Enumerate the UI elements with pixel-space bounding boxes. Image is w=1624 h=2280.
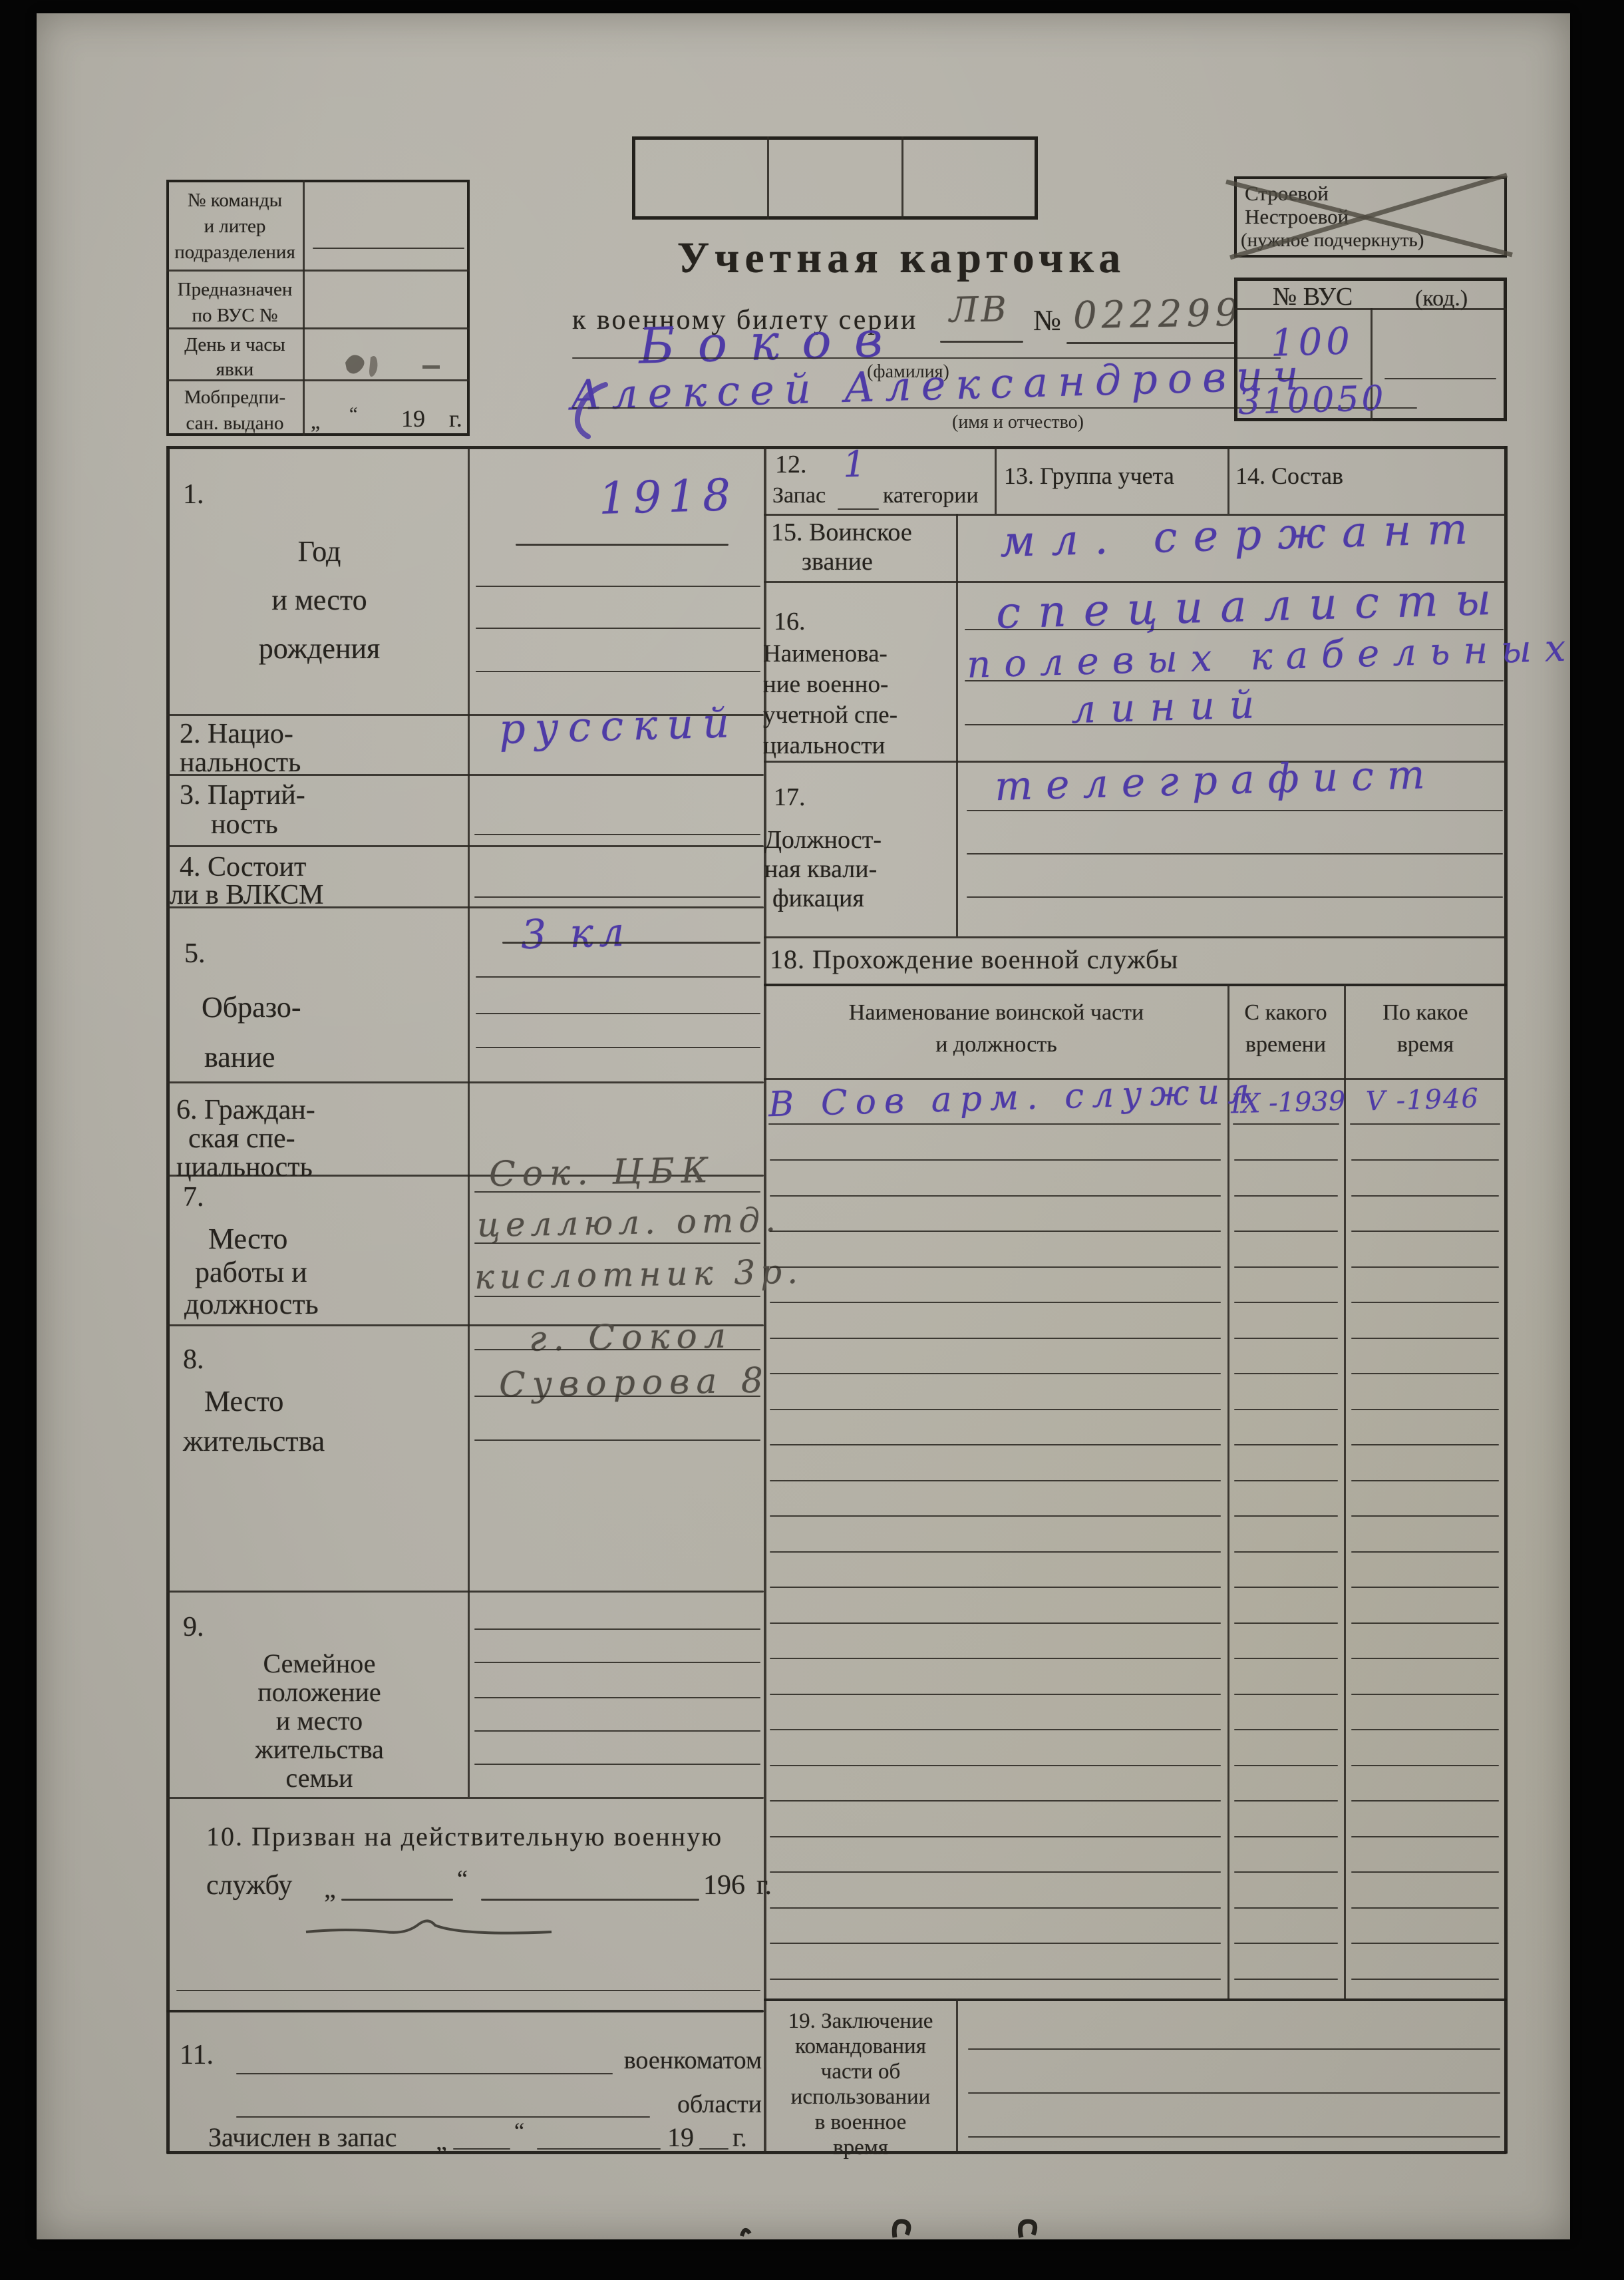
table-ruled-line [770, 1658, 1221, 1659]
table-ruled-line [770, 1836, 1221, 1837]
table-ruled-line [1234, 1943, 1338, 1944]
table-ruled-line [1351, 1658, 1499, 1659]
table-ruled-line [1351, 1302, 1499, 1303]
table-ruled-line [770, 1800, 1221, 1802]
table-ruled-line [1234, 1658, 1338, 1659]
table-ruled-line [1351, 1622, 1499, 1624]
table-ruled-line [770, 1373, 1221, 1374]
section19-label: 19. Заключение командования части об исп… [765, 2008, 956, 2160]
table-ruled-line [770, 1622, 1221, 1624]
right-label-divider [956, 1998, 958, 2151]
table-ruled-line [770, 1302, 1221, 1303]
table-ruled-line [1234, 1871, 1338, 1873]
table-ruled-line [770, 1338, 1221, 1339]
table-ruled-line [770, 1444, 1221, 1445]
table-ruled-line [1234, 1409, 1338, 1410]
table-ruled-line [1351, 1515, 1499, 1517]
blank-line [968, 2092, 1500, 2094]
table-ruled-line [1234, 1551, 1338, 1553]
table-ruled-line [770, 1231, 1221, 1232]
table-ruled-line [770, 1551, 1221, 1553]
table-ruled-line [1234, 1622, 1338, 1624]
table-ruled-line [1234, 1195, 1338, 1197]
table-ruled-line [770, 1587, 1221, 1588]
table-ruled-line [1234, 1587, 1338, 1588]
section19-label-line: использовании [765, 2084, 956, 2110]
table-ruled-line [770, 1480, 1221, 1481]
table-ruled-line [770, 1979, 1221, 1980]
table-ruled-line [1351, 1907, 1499, 1909]
table-ruled-line [770, 1871, 1221, 1873]
table-ruled-line [1351, 1195, 1499, 1197]
table-ruled-line [1234, 1836, 1338, 1837]
table-ruled-line [770, 1729, 1221, 1730]
table-ruled-line [1234, 1979, 1338, 1980]
table-ruled-line [770, 1159, 1221, 1161]
table-ruled-line [1351, 1551, 1499, 1553]
table-ruled-line [1234, 1159, 1338, 1161]
table-ruled-line [1234, 1444, 1338, 1445]
table-ruled-line [770, 1765, 1221, 1766]
table-ruled-line [1351, 1979, 1499, 1980]
table-ruled-line [1234, 1729, 1338, 1730]
table-ruled-line [770, 1907, 1221, 1909]
table-ruled-line [1351, 1373, 1499, 1374]
card-paper: № команды и литер подразделения Предназн… [37, 13, 1570, 2239]
table-ruled-line [1351, 1694, 1499, 1695]
table-ruled-line [1234, 1338, 1338, 1339]
blank-line [968, 2136, 1500, 2138]
table-ruled-line [1351, 1444, 1499, 1445]
section19-label-line: части об [765, 2059, 956, 2084]
table-ruled-line [1234, 1302, 1338, 1303]
table-ruled-line [1234, 1907, 1338, 1909]
section19-label-line: время [765, 2135, 956, 2160]
table-ruled-line [1351, 1836, 1499, 1837]
section19-label-line: в военное [765, 2110, 956, 2135]
table-ruled-line [770, 1409, 1221, 1410]
section19-label-line: командования [765, 2034, 956, 2059]
table-ruled-line [770, 1515, 1221, 1517]
table-ruled-line [1351, 1231, 1499, 1232]
table-ruled-line [1351, 1587, 1499, 1588]
table-ruled-line [1234, 1800, 1338, 1802]
table-ruled-line [1234, 1266, 1338, 1268]
pencil-edge-fragments [729, 2207, 1081, 2240]
table-ruled-line [1351, 1266, 1499, 1268]
table-ruled-line [1234, 1515, 1338, 1517]
table-ruled-line [1351, 1943, 1499, 1944]
scanned-card-photo: № команды и литер подразделения Предназн… [0, 0, 1624, 2280]
table-ruled-line [1234, 1480, 1338, 1481]
table-ruled-line [1351, 1338, 1499, 1339]
table-ruled-line [1351, 1480, 1499, 1481]
blank-line [968, 2048, 1500, 2050]
table-ruled-line [1351, 1800, 1499, 1802]
table-ruled-line [770, 1694, 1221, 1695]
table-ruled-line [1234, 1765, 1338, 1766]
service-table-blank-rows [37, 13, 1570, 2239]
table-ruled-line [770, 1266, 1221, 1268]
table-ruled-line [1234, 1694, 1338, 1695]
table-ruled-line [770, 1943, 1221, 1944]
table-ruled-line [1351, 1871, 1499, 1873]
section19-label-line: 19. Заключение [765, 2008, 956, 2034]
table-ruled-line [1351, 1159, 1499, 1161]
table-ruled-line [1351, 1765, 1499, 1766]
table-ruled-line [1351, 1729, 1499, 1730]
table-ruled-line [1234, 1231, 1338, 1232]
table-ruled-line [1351, 1409, 1499, 1410]
table-ruled-line [1234, 1373, 1338, 1374]
table-ruled-line [770, 1195, 1221, 1197]
